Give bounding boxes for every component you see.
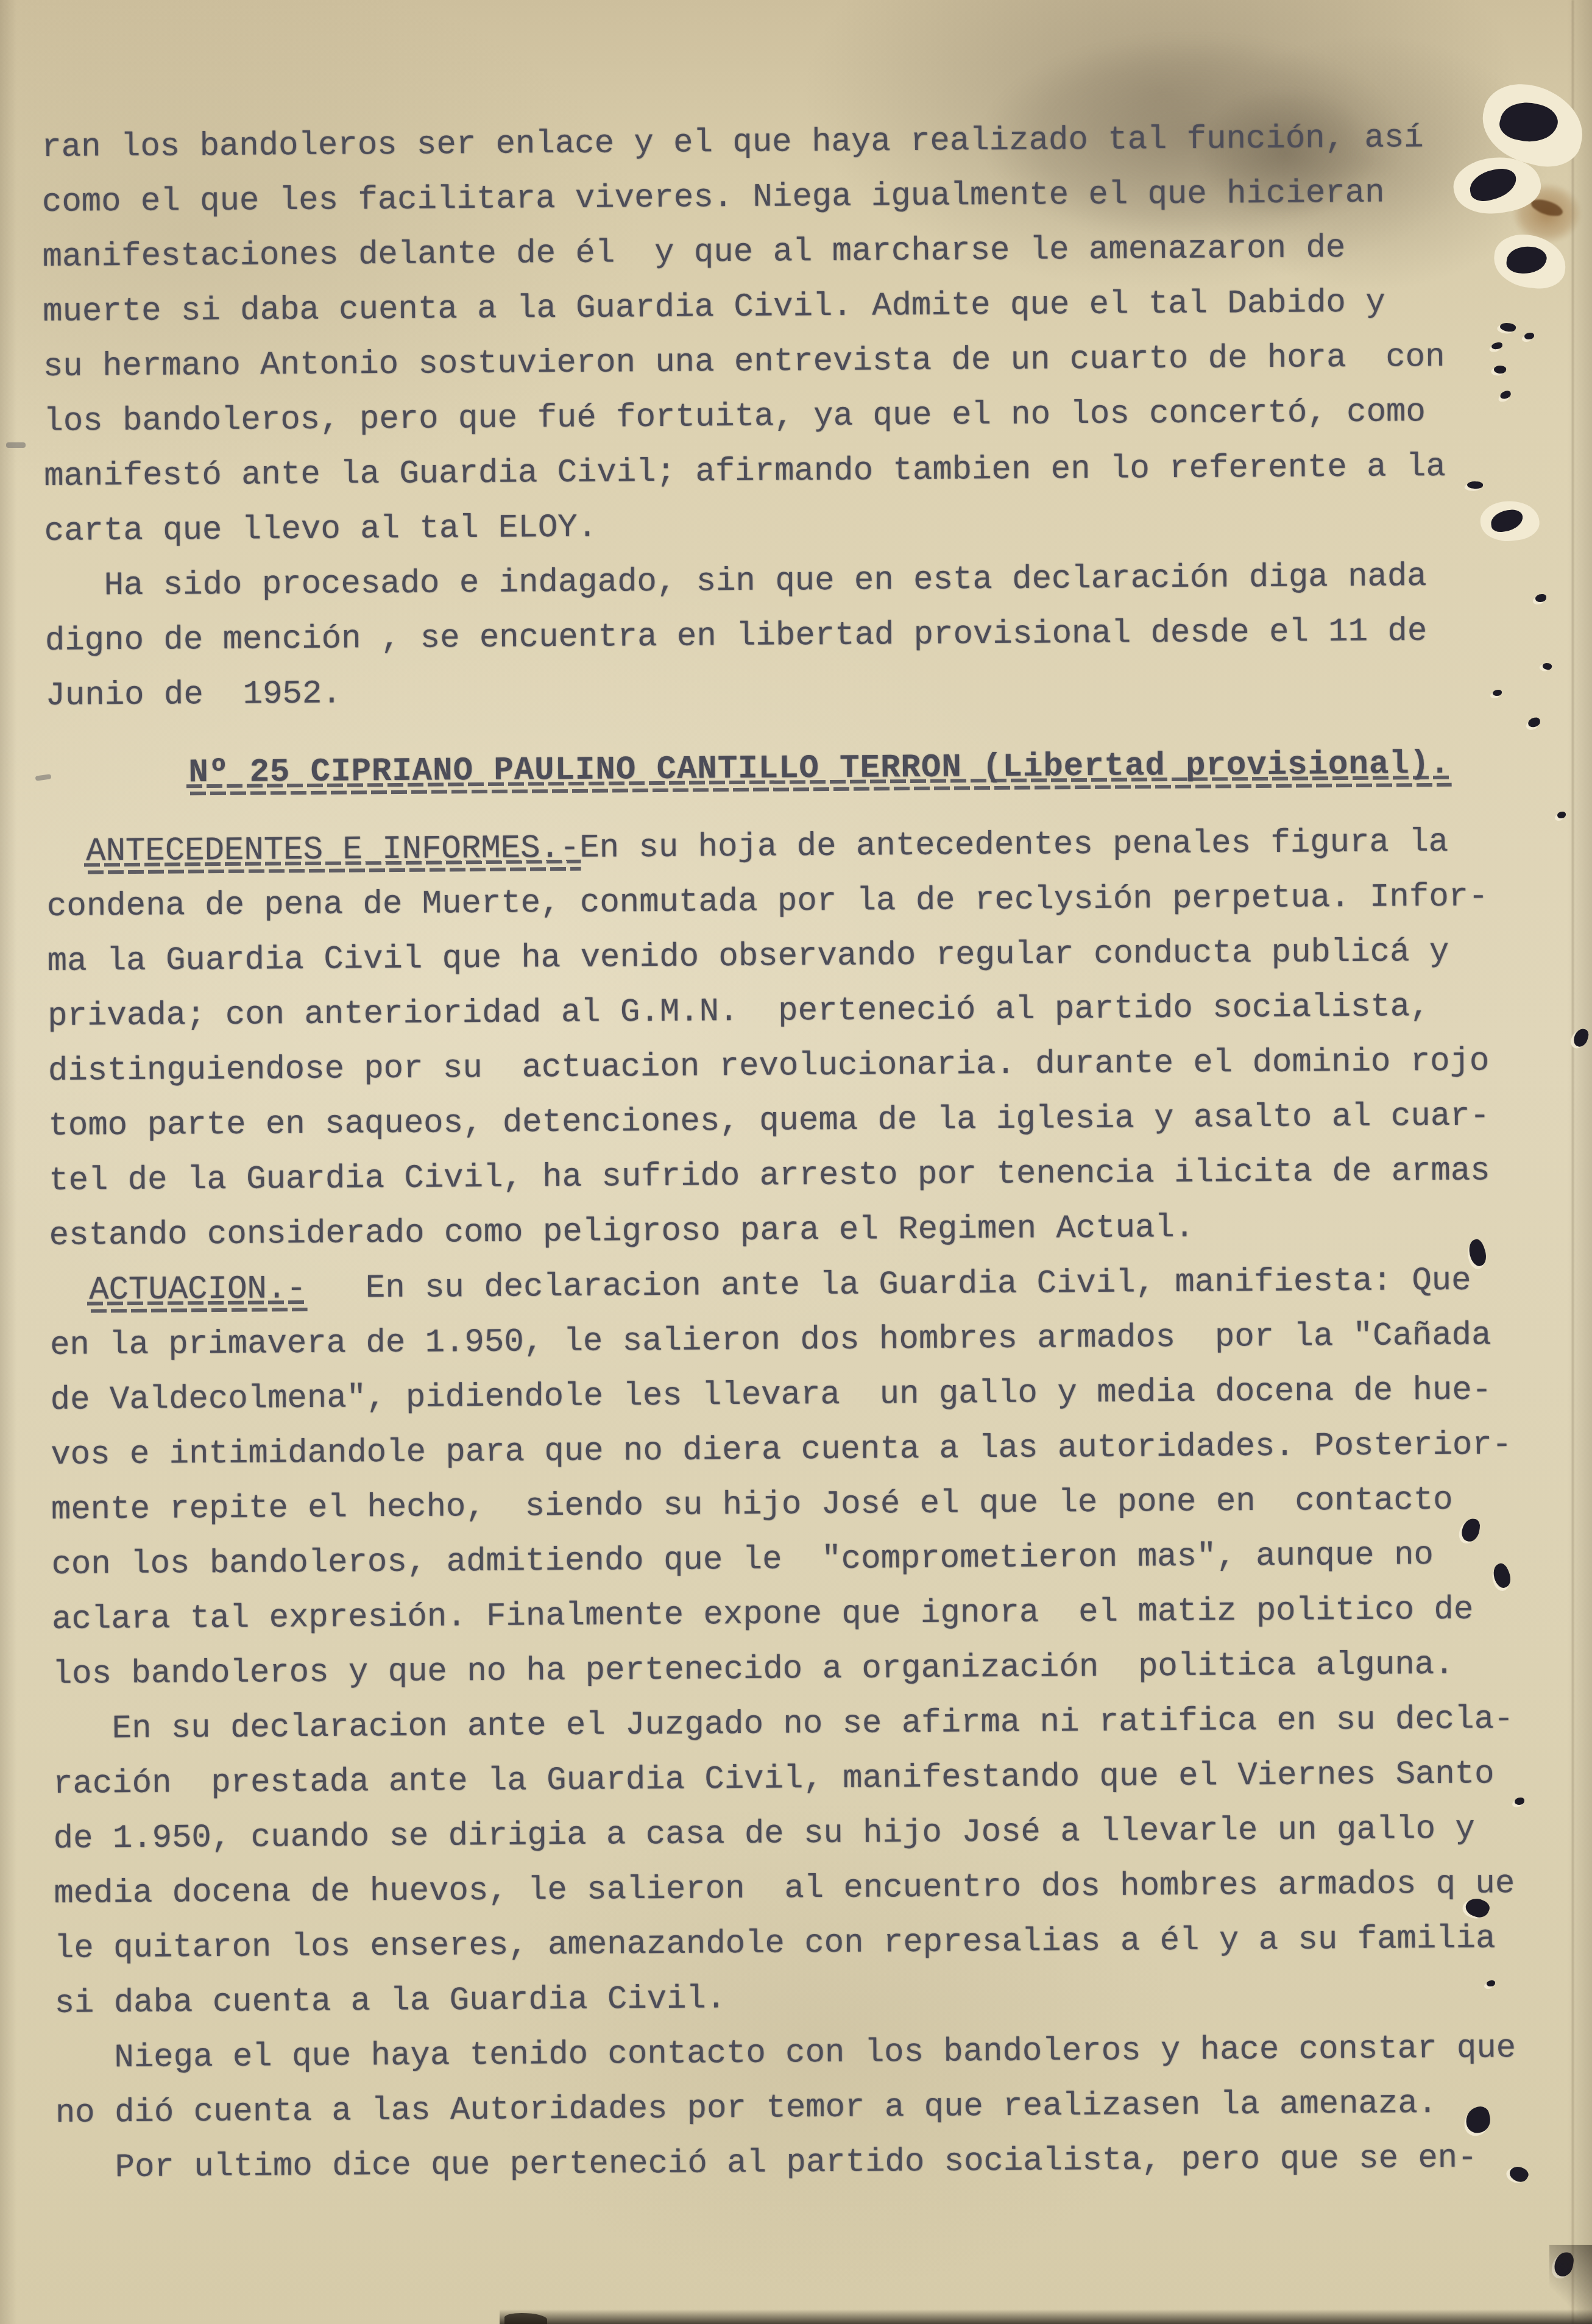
text-line: ANTECEDENTES E INFORMES.-En su hoja de a… <box>46 815 1558 880</box>
bottom-edge-shadow <box>504 2313 547 2324</box>
text-line: como el que les facilitara viveres. Nieg… <box>42 165 1554 230</box>
text-line: ma la Guardia Civil que ha venido observ… <box>47 924 1558 990</box>
text-line: en la primavera de 1.950, le salieron do… <box>50 1308 1562 1373</box>
paper-crease-line <box>1572 0 1574 2324</box>
text-line: ración prestada ante la Guardia Civil, m… <box>53 1747 1565 1812</box>
worm-hole <box>1557 812 1566 818</box>
text-line: En su declaracion ante el Juzgado no se … <box>52 1692 1564 1757</box>
text-line: le quitaron los enseres, amenazandole co… <box>54 1911 1566 1977</box>
text-line: con los bandoleros, admitiendo que le "c… <box>51 1528 1563 1593</box>
text-line: vos e intimidandole para que no diera cu… <box>51 1418 1562 1483</box>
text-line: no dió cuenta a las Autoridades por temo… <box>55 2076 1567 2141</box>
text-line: media docena de huevos, le salieron al e… <box>54 1857 1565 1922</box>
text-line: distinguiendose por su actuacion revoluc… <box>48 1034 1560 1099</box>
text-line: de 1.950, cuando se dirigia a casa de su… <box>53 1802 1565 1867</box>
text-line: Por ultimo dice que perteneció al partid… <box>55 2131 1567 2196</box>
bottom-edge-shadow <box>500 2309 1592 2324</box>
underlined-text: Nº 25 CIPRIANO PAULINO CANTILLO TERRON (… <box>188 746 1451 792</box>
text-line: tomo parte en saqueos, detenciones, quem… <box>48 1089 1560 1154</box>
text-line: mente repite el hecho, siendo su hijo Jo… <box>51 1473 1563 1538</box>
text-line: tel de la Guardia Civil, ha sufrido arre… <box>49 1144 1560 1209</box>
text-line: privada; con anterioridad al G.M.N. pert… <box>48 979 1559 1044</box>
text-line: de Valdecolmena", pidiendole les llevara… <box>50 1363 1562 1428</box>
text-line: Ha sido procesado e indagado, sin que en… <box>44 549 1556 614</box>
text-line: carta que llevo al tal ELOY. <box>44 494 1555 559</box>
text-line: los bandoleros, pero que fué fortuita, y… <box>43 384 1555 450</box>
corner-shadow <box>1549 2245 1592 2324</box>
text-line: muerte si daba cuenta a la Guardia Civil… <box>43 275 1554 340</box>
text-line: condena de pena de Muerte, conmutada por… <box>47 870 1558 935</box>
document-heading: Nº 25 CIPRIANO PAULINO CANTILLO TERRON (… <box>46 737 1557 802</box>
underlined-text: ACTUACION.- <box>89 1270 306 1309</box>
text-line: ACTUACION.- En su declaracion ante la Gu… <box>49 1253 1561 1319</box>
text-line: aclara tal expresión. Finalmente expone … <box>52 1582 1563 1648</box>
document-page: ran los bandoleros ser enlace y el que h… <box>0 0 1592 2324</box>
document-text: ran los bandoleros ser enlace y el que h… <box>41 110 1567 2196</box>
text-line: su hermano Antonio sostuvieron una entre… <box>43 330 1555 395</box>
text-line: si daba cuenta a la Guardia Civil. <box>54 1966 1566 2032</box>
text-line: Junio de 1952. <box>45 659 1557 724</box>
text-line: los bandoleros y que no ha pertenecido a… <box>52 1637 1563 1702</box>
text-line: digno de mención , se encuentra en liber… <box>45 604 1557 669</box>
text-line: estando considerado como peligroso para … <box>49 1199 1560 1264</box>
underlined-text: ANTECEDENTES E INFORMES.- <box>86 830 580 871</box>
text-line: manifestó ante la Guardia Civil; afirman… <box>44 439 1555 505</box>
text-line: manifestaciones delante de él y que al m… <box>42 220 1554 285</box>
text-line: Niega el que haya tenido contacto con lo… <box>55 2021 1566 2086</box>
worm-hole <box>1572 1027 1590 1049</box>
text-line: ran los bandoleros ser enlace y el que h… <box>41 110 1553 175</box>
stray-mark <box>6 442 26 448</box>
